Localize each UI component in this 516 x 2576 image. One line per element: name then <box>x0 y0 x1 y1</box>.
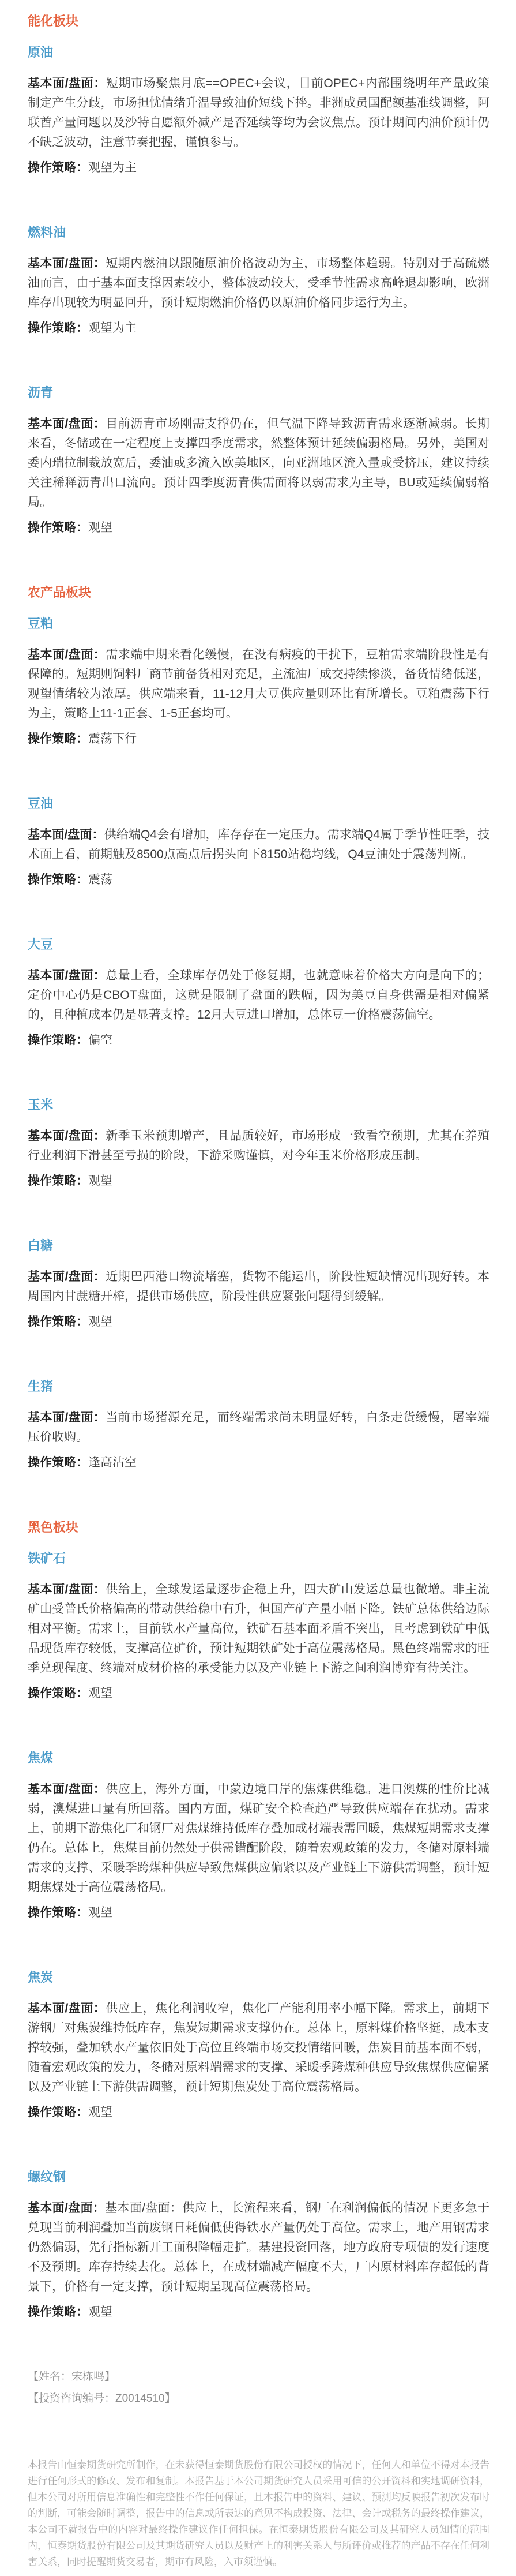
commodity-block-live-hog: 生猪 基本面/盘面：当前市场猪源充足，而终端需求尚未明显好转，白条走货缓慢，屠宰… <box>28 1377 489 1473</box>
strategy-paragraph: 操作策略：观望为主 <box>28 158 489 178</box>
commodity-title-rebar: 螺纹钢 <box>28 2167 489 2187</box>
commodity-title-asphalt: 沥青 <box>28 383 489 403</box>
commodity-block-soybean-oil: 豆油 基本面/盘面：供给端Q4会有增加，库存存在一定压力。需求端Q4属于季节性旺… <box>28 794 489 890</box>
fundamentals-paragraph: 基本面/盘面：短期市场聚焦月底==OPEC+会议，目前OPEC+内部围绕明年产量… <box>28 74 489 152</box>
fundamentals-label: 基本面/盘面： <box>28 1270 106 1283</box>
fundamentals-label: 基本面/盘面： <box>28 1783 106 1796</box>
fundamentals-label: 基本面/盘面： <box>28 1129 106 1143</box>
commodity-title-soybean-oil: 豆油 <box>28 794 489 814</box>
strategy-text: 观望 <box>88 521 112 534</box>
strategy-paragraph: 操作策略：观望 <box>28 518 489 538</box>
fundamentals-paragraph: 基本面/盘面：供应上，海外方面，中蒙边境口岸的焦煤供维稳。进口澳煤的性价比减弱，… <box>28 1780 489 1897</box>
strategy-label: 操作策略： <box>28 1456 88 1469</box>
strategy-paragraph: 操作策略：偏空 <box>28 1031 489 1050</box>
strategy-paragraph: 操作策略：观望为主 <box>28 319 489 338</box>
strategy-paragraph: 操作策略：观望 <box>28 2103 489 2122</box>
strategy-paragraph: 操作策略：逢高沽空 <box>28 1453 489 1473</box>
commodity-title-corn: 玉米 <box>28 1095 489 1115</box>
fundamentals-label: 基本面/盘面： <box>28 2201 105 2215</box>
fundamentals-paragraph: 基本面/盘面：供给上，全球发运量逐步企稳上升，四大矿山发运总量也微增。非主流矿山… <box>28 1580 489 1678</box>
strategy-text: 观望 <box>88 1906 112 1919</box>
commodity-block-soybean: 大豆 基本面/盘面：总量上看，全球库存仍处于修复期，也就意味着价格大方向是向下的… <box>28 935 489 1050</box>
fundamentals-paragraph: 基本面/盘面：近期巴西港口物流堵塞，货物不能运出，阶段性短缺情况出现好转。本周国… <box>28 1267 489 1306</box>
strategy-label: 操作策略： <box>28 1034 88 1047</box>
fundamentals-paragraph: 基本面/盘面：供给端Q4会有增加，库存存在一定压力。需求端Q4属于季节性旺季，技… <box>28 825 489 864</box>
commodity-title-live-hog: 生猪 <box>28 1377 489 1396</box>
strategy-label: 操作策略： <box>28 521 88 534</box>
strategy-text: 观望 <box>88 2305 112 2319</box>
commodity-block-fuel-oil: 燃料油 基本面/盘面：短期内燃油以跟随原油价格波动为主，市场整体趋弱。特别对于高… <box>28 223 489 338</box>
commodity-title-soybean-meal: 豆粕 <box>28 614 489 634</box>
fundamentals-text: 基本面/盘面：供应上，长流程来看，钢厂在利润偏低的情况下更多急于兑现当前利润叠加… <box>28 2201 489 2293</box>
commodity-block-white-sugar: 白糖 基本面/盘面：近期巴西港口物流堵塞，货物不能运出，阶段性短缺情况出现好转。… <box>28 1236 489 1332</box>
strategy-text: 震荡 <box>88 873 112 886</box>
commodity-block-soybean-meal: 豆粕 基本面/盘面：需求端中期来看化缓慢，在没有病疫的干扰下，豆粕需求端阶段性是… <box>28 614 489 749</box>
author-name-line: 【姓名：宋栋鸣】 <box>28 2367 489 2387</box>
disclaimer-text: 本报告由恒泰期货研究所制作，在未获得恒泰期货股份有限公司授权的情况下，任何人和单… <box>28 2457 489 2570</box>
strategy-paragraph: 操作策略：震荡 <box>28 870 489 890</box>
strategy-label: 操作策略： <box>28 2305 88 2319</box>
strategy-text: 逢高沽空 <box>88 1456 137 1469</box>
fundamentals-paragraph: 基本面/盘面：需求端中期来看化缓慢，在没有病疫的干扰下，豆粕需求端阶段性是有保障… <box>28 645 489 724</box>
strategy-text: 观望 <box>88 1315 112 1328</box>
strategy-text: 观望为主 <box>88 321 137 335</box>
strategy-paragraph: 操作策略：震荡下行 <box>28 729 489 749</box>
fundamentals-label: 基本面/盘面： <box>28 969 106 982</box>
strategy-paragraph: 操作策略：观望 <box>28 2302 489 2322</box>
strategy-text: 观望 <box>88 1174 112 1188</box>
fundamentals-label: 基本面/盘面： <box>28 2002 106 2015</box>
fundamentals-text: 供应上，焦化利润收窄，焦化厂产能利用率小幅下降。需求上，前期下游钢厂对焦炭维持低… <box>28 2002 489 2094</box>
section-header-ferrous: 黑色板块 <box>28 1518 489 1537</box>
report-document: 能化板块 原油 基本面/盘面：短期市场聚焦月底==OPEC+会议，目前OPEC+… <box>0 0 516 2576</box>
fundamentals-label: 基本面/盘面： <box>28 648 106 661</box>
strategy-paragraph: 操作策略：观望 <box>28 1903 489 1923</box>
fundamentals-paragraph: 基本面/盘面：当前市场猪源充足，而终端需求尚未明显好转，白条走货缓慢，屠宰端压价… <box>28 1408 489 1447</box>
commodity-block-rebar: 螺纹钢 基本面/盘面：基本面/盘面：供应上，长流程来看，钢厂在利润偏低的情况下更… <box>28 2167 489 2322</box>
strategy-label: 操作策略： <box>28 1687 88 1700</box>
author-info: 【姓名：宋栋鸣】 【投资咨询编号：Z0014510】 <box>28 2367 489 2409</box>
fundamentals-label: 基本面/盘面： <box>28 1583 106 1596</box>
strategy-label: 操作策略： <box>28 1174 88 1188</box>
strategy-paragraph: 操作策略：观望 <box>28 1171 489 1191</box>
section-header-agricultural: 农产品板块 <box>28 583 489 602</box>
commodity-block-crude-oil: 原油 基本面/盘面：短期市场聚焦月底==OPEC+会议，目前OPEC+内部围绕明… <box>28 43 489 178</box>
commodity-title-fuel-oil: 燃料油 <box>28 223 489 242</box>
commodity-title-crude-oil: 原油 <box>28 43 489 62</box>
fundamentals-paragraph: 基本面/盘面：新季玉米预期增产，且品质较好，市场形成一致看空预期，尤其在养殖行业… <box>28 1126 489 1166</box>
strategy-text: 震荡下行 <box>88 732 137 746</box>
fundamentals-label: 基本面/盘面： <box>28 1411 106 1424</box>
strategy-label: 操作策略： <box>28 1315 88 1328</box>
strategy-paragraph: 操作策略：观望 <box>28 1684 489 1703</box>
fundamentals-label: 基本面/盘面： <box>28 257 106 270</box>
commodity-title-iron-ore: 铁矿石 <box>28 1549 489 1568</box>
strategy-text: 偏空 <box>88 1034 112 1047</box>
commodity-block-coking-coal: 焦煤 基本面/盘面：供应上，海外方面，中蒙边境口岸的焦煤供维稳。进口澳煤的性价比… <box>28 1748 489 1923</box>
strategy-label: 操作策略： <box>28 732 88 746</box>
commodity-title-white-sugar: 白糖 <box>28 1236 489 1256</box>
commodity-title-coking-coal: 焦煤 <box>28 1748 489 1768</box>
commodity-title-coke: 焦炭 <box>28 1968 489 1987</box>
fundamentals-text: 目前沥青市场刚需支撑仍在，但气温下降导致沥青需求逐渐减弱。长期来看，冬储或在一定… <box>28 417 489 509</box>
strategy-label: 操作策略： <box>28 873 88 886</box>
commodity-block-corn: 玉米 基本面/盘面：新季玉米预期增产，且品质较好，市场形成一致看空预期，尤其在养… <box>28 1095 489 1191</box>
strategy-text: 观望 <box>88 1687 112 1700</box>
fundamentals-paragraph: 基本面/盘面：目前沥青市场刚需支撑仍在，但气温下降导致沥青需求逐渐减弱。长期来看… <box>28 414 489 512</box>
fundamentals-label: 基本面/盘面： <box>28 417 106 430</box>
fundamentals-text: 供应上，海外方面，中蒙边境口岸的焦煤供维稳。进口澳煤的性价比减弱，澳煤进口量有所… <box>28 1783 489 1894</box>
strategy-label: 操作策略： <box>28 2106 88 2119</box>
fundamentals-paragraph: 基本面/盘面：短期内燃油以跟随原油价格波动为主，市场整体趋弱。特别对于高硫燃油而… <box>28 254 489 313</box>
fundamentals-label: 基本面/盘面： <box>28 77 106 90</box>
strategy-label: 操作策略： <box>28 161 88 174</box>
commodity-block-coke: 焦炭 基本面/盘面：供应上，焦化利润收窄，焦化厂产能利用率小幅下降。需求上，前期… <box>28 1968 489 2122</box>
fundamentals-paragraph: 基本面/盘面：供应上，焦化利润收窄，焦化厂产能利用率小幅下降。需求上，前期下游钢… <box>28 1999 489 2097</box>
strategy-paragraph: 操作策略：观望 <box>28 1312 489 1332</box>
author-license-line: 【投资咨询编号：Z0014510】 <box>28 2389 489 2409</box>
strategy-label: 操作策略： <box>28 1906 88 1919</box>
fundamentals-paragraph: 基本面/盘面：总量上看，全球库存仍处于修复期，也就意味着价格大方向是向下的；定价… <box>28 966 489 1025</box>
commodity-block-iron-ore: 铁矿石 基本面/盘面：供给上，全球发运量逐步企稳上升，四大矿山发运总量也微增。非… <box>28 1549 489 1703</box>
fundamentals-paragraph: 基本面/盘面：基本面/盘面：供应上，长流程来看，钢厂在利润偏低的情况下更多急于兑… <box>28 2199 489 2297</box>
commodity-block-asphalt: 沥青 基本面/盘面：目前沥青市场刚需支撑仍在，但气温下降导致沥青需求逐渐减弱。长… <box>28 383 489 538</box>
commodity-title-soybean: 大豆 <box>28 935 489 954</box>
strategy-text: 观望 <box>88 2106 112 2119</box>
fundamentals-text: 供给上，全球发运量逐步企稳上升，四大矿山发运总量也微增。非主流矿山受普氏价格偏高… <box>28 1583 489 1675</box>
strategy-label: 操作策略： <box>28 321 88 335</box>
strategy-text: 观望为主 <box>88 161 137 174</box>
fundamentals-label: 基本面/盘面： <box>28 828 104 841</box>
section-header-energy-chemical: 能化板块 <box>28 12 489 31</box>
